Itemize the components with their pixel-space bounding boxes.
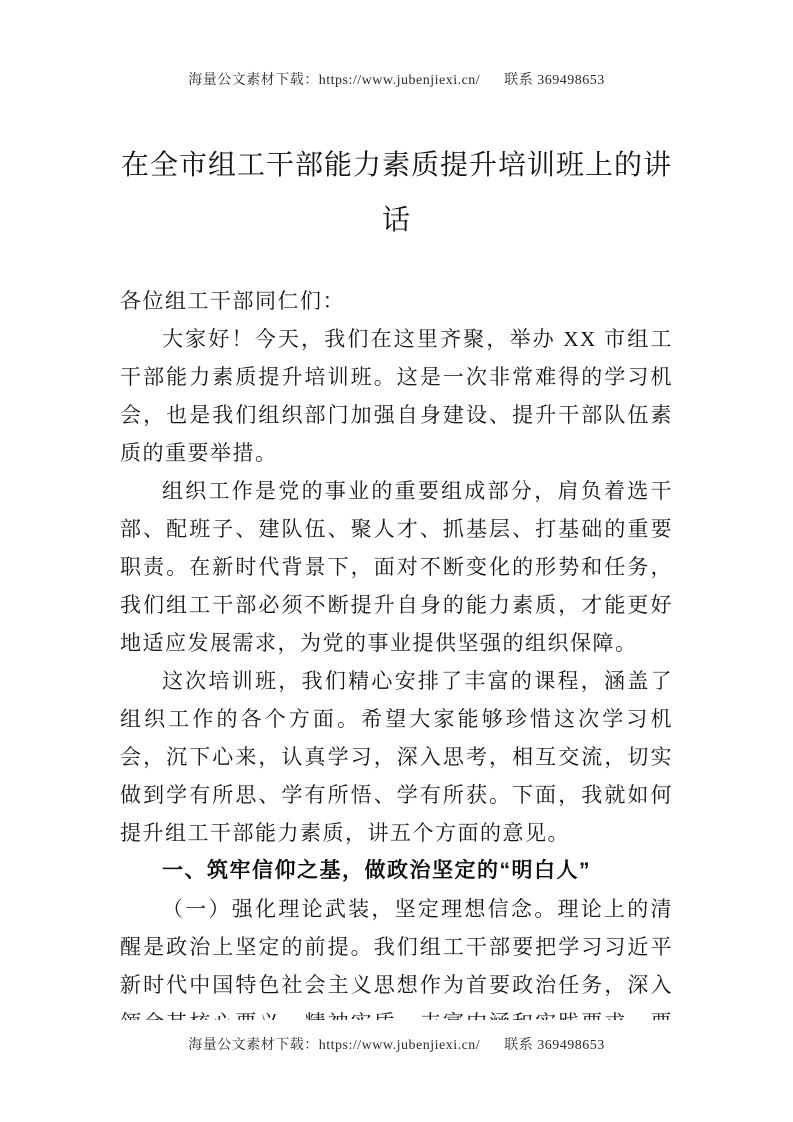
header-banner: 海量公文素材下载：https://www.jubenjiexi.cn/联系 36… <box>0 72 793 90</box>
paragraph: 组织工作是党的事业的重要组成部分，肩负着选干部、配班子、建队伍、聚人才、抓基层、… <box>120 472 673 662</box>
section-heading: 一、筑牢信仰之基，做政治坚定的“明白人” <box>120 852 673 890</box>
paragraph: （一）强化理论武装，坚定理想信念。理论上的清醒是政治上坚定的前提。我们组工干部要… <box>120 890 673 1020</box>
header-url-text: https://www.jubenjiexi.cn/ <box>319 73 480 88</box>
footer-download-label: 海量公文素材下载： <box>188 1038 319 1053</box>
header-contact-text: 联系 369498653 <box>504 73 605 88</box>
document-title: 在全市组工干部能力素质提升培训班上的讲话 <box>120 138 673 248</box>
footer-banner: 海量公文素材下载：https://www.jubenjiexi.cn/联系 36… <box>0 1037 793 1055</box>
document-body: 各位组工干部同仁们： 大家好！今天，我们在这里齐聚，举办 XX 市组工干部能力素… <box>120 282 673 1020</box>
paragraph: 大家好！今天，我们在这里齐聚，举办 XX 市组工干部能力素质提升培训班。这是一次… <box>120 320 673 472</box>
footer-url-text: https://www.jubenjiexi.cn/ <box>319 1038 480 1053</box>
footer-contact-text: 联系 369498653 <box>504 1038 605 1053</box>
document-content: 在全市组工干部能力素质提升培训班上的讲话 各位组工干部同仁们： 大家好！今天，我… <box>120 138 673 1020</box>
header-download-label: 海量公文素材下载： <box>188 73 319 88</box>
salutation-line: 各位组工干部同仁们： <box>120 282 673 320</box>
paragraph: 这次培训班，我们精心安排了丰富的课程，涵盖了组织工作的各个方面。希望大家能够珍惜… <box>120 662 673 852</box>
document-page: 海量公文素材下载：https://www.jubenjiexi.cn/联系 36… <box>0 0 793 1122</box>
